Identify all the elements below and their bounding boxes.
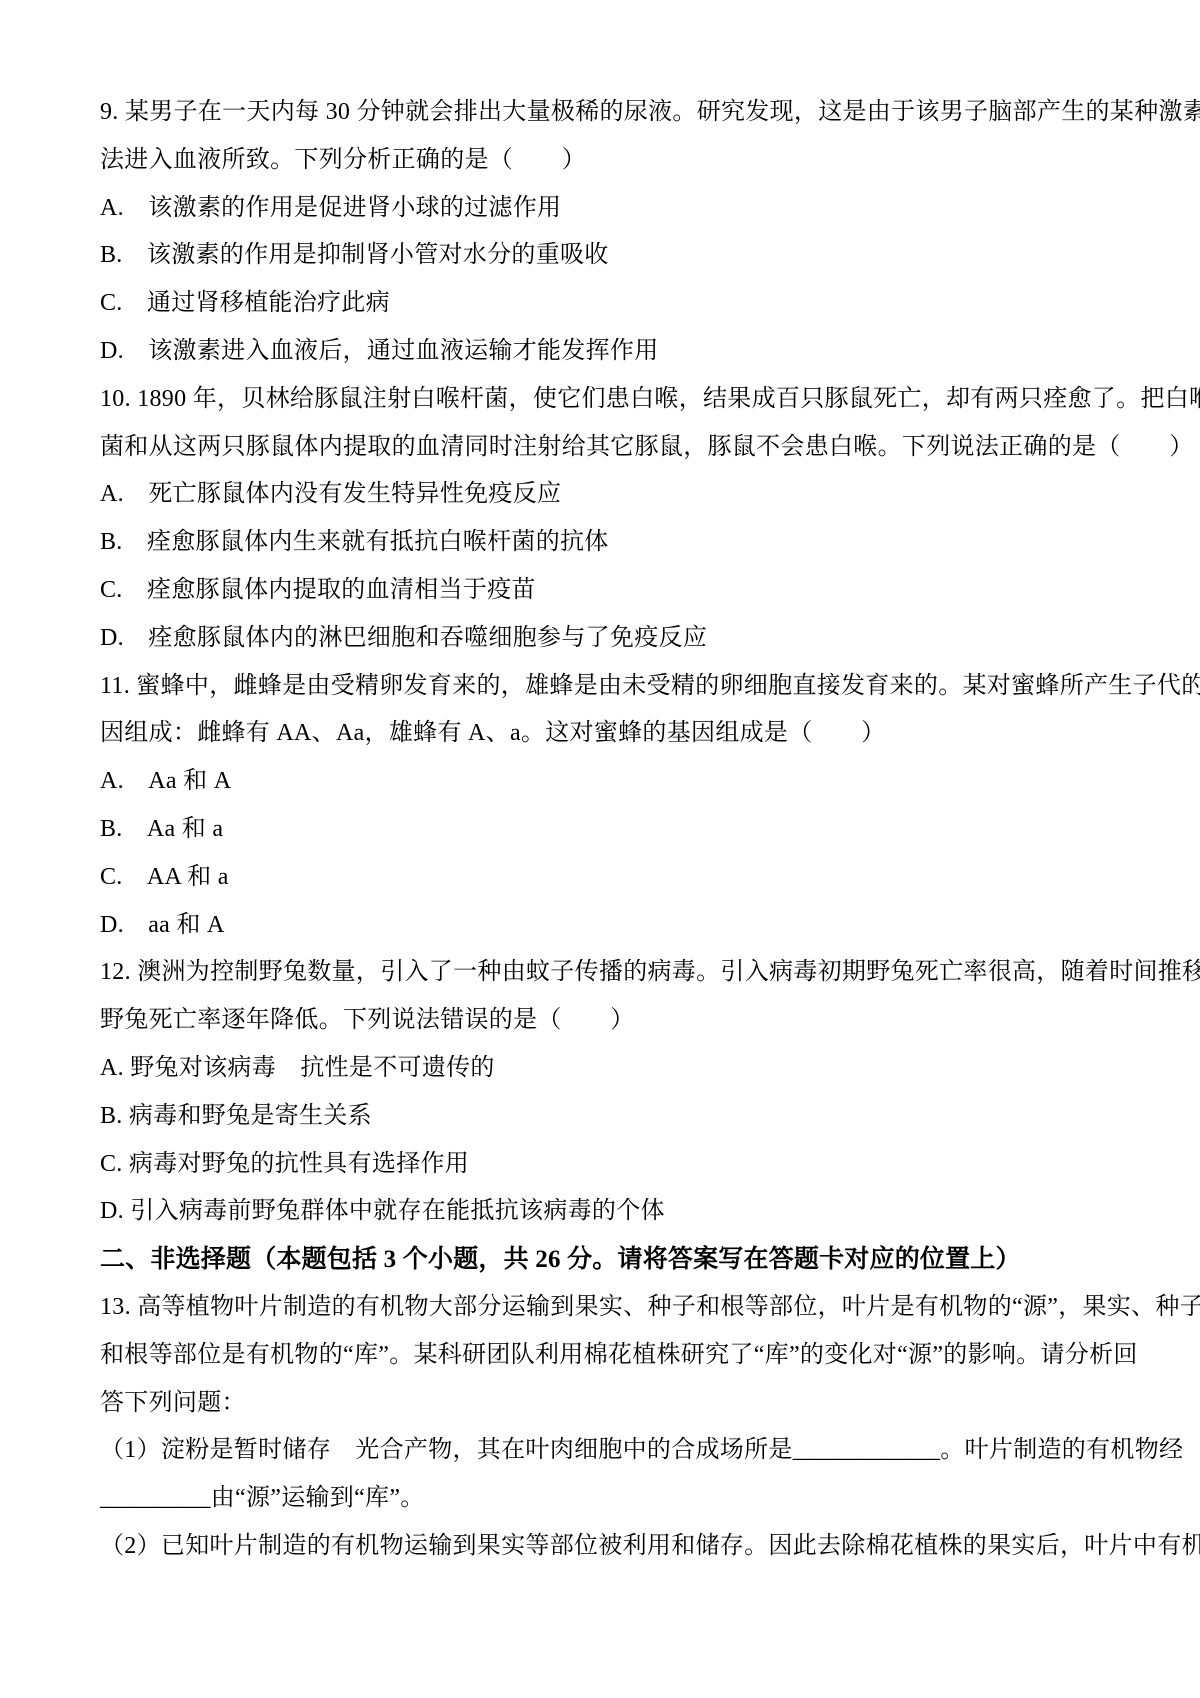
q9-stem-line-2: 法进入血液所致。下列分析正确的是（ ） [100,137,1110,185]
q9-stem-line-1: 9. 某男子在一天内每 30 分钟就会排出大量极稀的尿液。研究发现，这是由于该男… [100,89,1110,137]
q13-part1-line-1: （1）淀粉是暂时储存 光合产物，其在叶肉细胞中的合成场所是___________… [100,1427,1110,1475]
q12-option-a: A. 野兔对该病毒 抗性是不可遗传的 [100,1045,1110,1093]
q9-option-a: A. 该激素的作用是促进肾小球的过滤作用 [100,185,1110,233]
section-2-header: 二、非选择题（本题包括 3 个小题，共 26 分。请将答案写在答题卡对应的位置上… [100,1236,1110,1284]
q11-option-d: D. aa 和 A [100,902,1110,950]
q10-option-d: D. 痊愈豚鼠体内的淋巴细胞和吞噬细胞参与了免疫反应 [100,615,1110,663]
q12-option-c: C. 病毒对野兔的抗性具有选择作用 [100,1141,1110,1189]
q11-option-a: A. Aa 和 A [100,758,1110,806]
q9-option-b: B. 该激素的作用是抑制肾小管对水分的重吸收 [100,232,1110,280]
q11-stem-line-1: 11. 蜜蜂中，雌蜂是由受精卵发育来的，雄蜂是由未受精的卵细胞直接发育来的。某对… [100,663,1110,711]
q13-stem-line-2: 和根等部位是有机物的“库”。某科研团队利用棉花植株研究了“库”的变化对“源”的影… [100,1332,1110,1380]
q10-option-c: C. 痊愈豚鼠体内提取的血清相当于疫苗 [100,567,1110,615]
q13-part1-line-2: _________由“源”运输到“库”。 [100,1475,1110,1523]
q9-option-c: C. 通过肾移植能治疗此病 [100,280,1110,328]
exam-content: 9. 某男子在一天内每 30 分钟就会排出大量极稀的尿液。研究发现，这是由于该男… [100,89,1110,1571]
q11-stem-line-2: 因组成：雌蜂有 AA、Aa，雄蜂有 A、a。这对蜜蜂的基因组成是（ ） [100,710,1110,758]
q12-stem-line-1: 12. 澳洲为控制野兔数量，引入了一种由蚊子传播的病毒。引入病毒初期野兔死亡率很… [100,949,1110,997]
q13-stem-line-3: 答下列问题： [100,1380,1110,1428]
q12-stem-line-2: 野兔死亡率逐年降低。下列说法错误的是（ ） [100,997,1110,1045]
q10-option-a: A. 死亡豚鼠体内没有发生特异性免疫反应 [100,471,1110,519]
q10-option-b: B. 痊愈豚鼠体内生来就有抵抗白喉杆菌的抗体 [100,519,1110,567]
exam-page: 9. 某男子在一天内每 30 分钟就会排出大量极稀的尿液。研究发现，这是由于该男… [0,0,1200,1698]
q10-stem-line-2: 菌和从这两只豚鼠体内提取的血清同时注射给其它豚鼠，豚鼠不会患白喉。下列说法正确的… [100,424,1110,472]
q11-option-c: C. AA 和 a [100,854,1110,902]
q12-option-b: B. 病毒和野兔是寄生关系 [100,1093,1110,1141]
question-11: 11. 蜜蜂中，雌蜂是由受精卵发育来的，雄蜂是由未受精的卵细胞直接发育来的。某对… [100,663,1110,950]
question-9: 9. 某男子在一天内每 30 分钟就会排出大量极稀的尿液。研究发现，这是由于该男… [100,89,1110,376]
q10-stem-line-1: 10. 1890 年，贝林给豚鼠注射白喉杆菌，使它们患白喉，结果成百只豚鼠死亡，… [100,376,1110,424]
question-12: 12. 澳洲为控制野兔数量，引入了一种由蚊子传播的病毒。引入病毒初期野兔死亡率很… [100,949,1110,1236]
question-13: 13. 高等植物叶片制造的有机物大部分运输到果实、种子和根等部位，叶片是有机物的… [100,1284,1110,1571]
q9-option-d: D. 该激素进入血液后，通过血液运输才能发挥作用 [100,328,1110,376]
q13-part2-line-1: （2）已知叶片制造的有机物运输到果实等部位被利用和储存。因此去除棉花植株的果实后… [100,1523,1110,1571]
q12-option-d: D. 引入病毒前野兔群体中就存在能抵抗该病毒的个体 [100,1188,1110,1236]
q13-stem-line-1: 13. 高等植物叶片制造的有机物大部分运输到果实、种子和根等部位，叶片是有机物的… [100,1284,1110,1332]
q11-option-b: B. Aa 和 a [100,806,1110,854]
question-10: 10. 1890 年，贝林给豚鼠注射白喉杆菌，使它们患白喉，结果成百只豚鼠死亡，… [100,376,1110,663]
